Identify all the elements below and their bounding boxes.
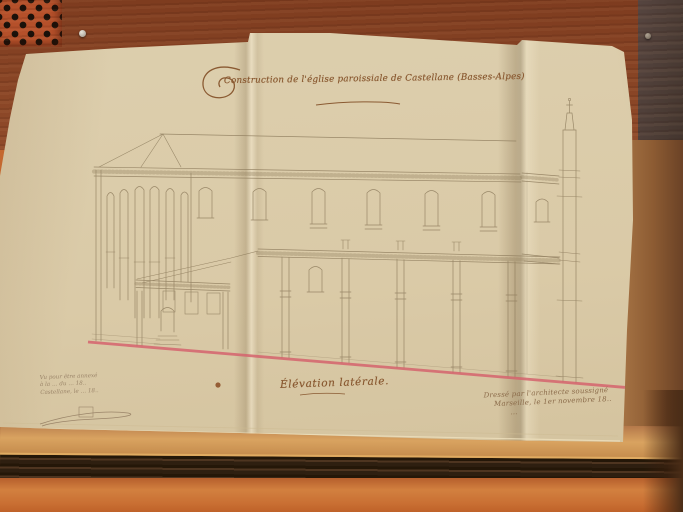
bottom-right-shadow xyxy=(643,390,683,512)
stain-dot xyxy=(215,382,220,387)
title-flourish xyxy=(203,67,400,395)
approval-note: Vu pour être annexé à la … du … 18.. Cas… xyxy=(40,371,159,397)
pegboard-panel xyxy=(0,0,62,47)
push-pin-icon xyxy=(79,30,86,37)
push-pin-icon xyxy=(645,33,651,39)
pinnacle-cross-icon xyxy=(563,101,576,130)
floor-surface xyxy=(0,478,683,512)
signature-flourish xyxy=(40,407,131,426)
photo-of-archival-drawing: { "scene": { "description": "Photograph … xyxy=(0,0,683,512)
church-linework xyxy=(92,98,583,383)
